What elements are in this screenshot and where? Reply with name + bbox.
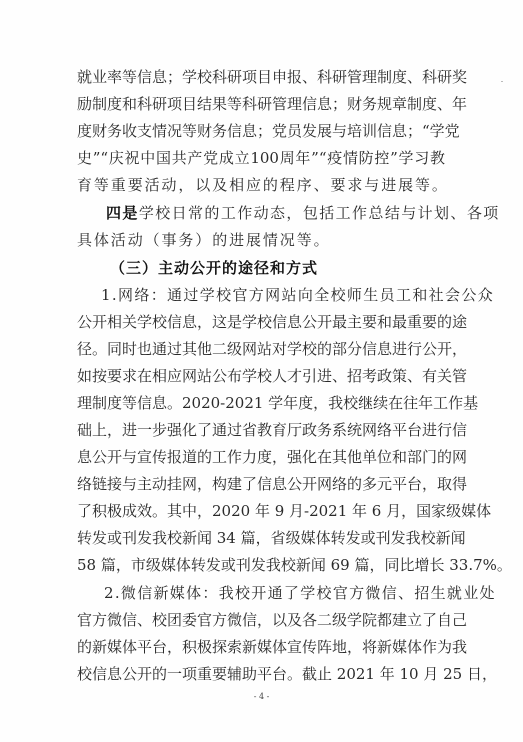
page-number: - 4 - bbox=[0, 692, 523, 701]
text-line: 息公开与宣传报道的工作力度，强化在其他单位和部门的网 bbox=[77, 447, 445, 467]
text-line: 校信息公开的一项重要辅助平台。截止 2021 年 10 月 25 日， bbox=[77, 664, 445, 684]
text-line: 度财务收支情况等财务信息；党员发展与培训信息；“学党 bbox=[77, 121, 445, 141]
text-line: 如按要求在相应网站公布学校人才引进、招考政策、有关管 bbox=[77, 366, 445, 386]
document-page: 就业率等信息；学校科研项目申报、科研管理制度、科研奖 励制度和科研项目结果等科研… bbox=[0, 0, 523, 742]
text-line: 础上，进一步强化了通过省教育厅政务系统网络平台进行信 bbox=[77, 420, 445, 440]
lead-bold-text: 四是 bbox=[106, 204, 139, 222]
section-heading: （三）主动公开的途径和方式 bbox=[110, 258, 410, 278]
text-line: 径。同时也通过其他二级网站对学校的部分信息进行公开， bbox=[77, 339, 445, 359]
text-line: 官方微信、校团委官方微信，以及各二级学院都建立了自己 bbox=[77, 610, 445, 630]
paragraph-wechat-first-line: 2.微信新媒体：我校开通了学校官方微信、招生就业处 bbox=[104, 583, 445, 603]
text-line: 58 篇，市级媒体转发或刊发我校新闻 69 篇，同比增长 33.7%。 bbox=[77, 555, 445, 575]
paragraph-four-line1: 四是学校日常的工作动态，包括工作总结与计划、各项 bbox=[106, 203, 445, 223]
text-line: 就业率等信息；学校科研项目申报、科研管理制度、科研奖 bbox=[77, 67, 445, 87]
text-line: 的新媒体平台，积极探索新媒体宣传阵地，将新媒体作为我 bbox=[77, 637, 445, 657]
text-line: 了积极成效。其中，2020 年 9 月-2021 年 6 月，国家级媒体 bbox=[77, 501, 445, 521]
paragraph-four-text: 学校日常的工作动态，包括工作总结与计划、各项 bbox=[139, 204, 500, 222]
scan-speck bbox=[501, 81, 503, 82]
text-line: 励制度和科研项目结果等科研管理信息；财务规章制度、年 bbox=[77, 94, 445, 114]
text-line: 络链接与主动挂网，构建了信息公开网络的多元平台，取得 bbox=[77, 474, 445, 494]
text-line: 转发或刊发我校新闻 34 篇，省级媒体转发或刊发我校新闻 bbox=[77, 528, 445, 548]
text-line: 育等重要活动，以及相应的程序、要求与进展等。 bbox=[77, 175, 445, 195]
text-line: 理制度等信息。2020-2021 学年度，我校继续在往年工作基 bbox=[77, 393, 445, 413]
text-line: 公开相关学校信息，这是学校信息公开最主要和最重要的途 bbox=[77, 312, 445, 332]
text-line: 史”“庆祝中国共产党成立100周年”“疫情防控”学习教 bbox=[77, 148, 445, 168]
text-line: 具体活动（事务）的进展情况等。 bbox=[77, 230, 445, 250]
paragraph-network-first-line: 1.网络：通过学校官方网站向全校师生员工和社会公众 bbox=[101, 285, 445, 305]
